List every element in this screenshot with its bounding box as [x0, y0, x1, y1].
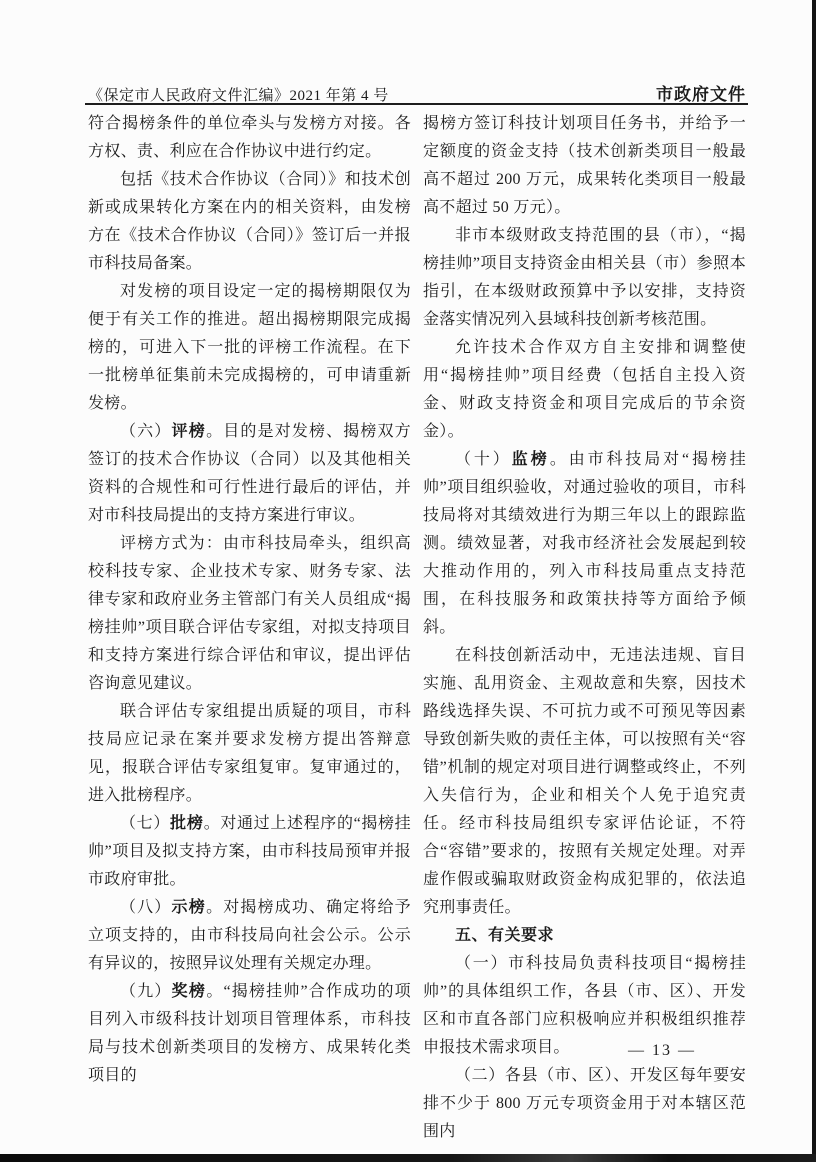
body-text: （六）: [120, 423, 171, 440]
body-text: 在科技创新活动中，无违法违规、盲目实施、乱用资金、主观故意和失察，因技术路线选择…: [423, 647, 746, 916]
paragraph: （六）评榜。目的是对发榜、揭榜双方签订的技术合作协议（合同）以及其他相关资料的合…: [88, 418, 411, 530]
column-right: 揭榜方签订科技计划项目任务书，并给予一定额度的资金支持（技术创新类项目一般最高不…: [423, 110, 746, 1146]
body-text: （二）各县（市、区）、开发区每年要安排不少于 800 万元专项资金用于对本辖区范…: [423, 1067, 746, 1140]
header-document-category: 市政府文件: [656, 80, 746, 105]
paragraph: 对发榜的项目设定一定的揭榜期限仅为便于有关工作的推进。超出揭榜期限完成揭榜的，可…: [88, 278, 411, 418]
body-text: （九）: [120, 983, 172, 1000]
document-page: 《保定市人民政府文件汇编》2021 年第 4 号 市政府文件 符合揭榜条件的单位…: [0, 0, 816, 1162]
paragraph: 符合揭榜条件的单位牵头与发榜方对接。各方权、责、利应在合作协议中进行约定。: [88, 110, 411, 166]
body-text: 对发榜的项目设定一定的揭榜期限仅为便于有关工作的推进。超出揭榜期限完成揭榜的，可…: [88, 283, 411, 412]
paragraph: （十）监榜。由市科技局对“揭榜挂帅”项目组织验收，对通过验收的项目，市科技局将对…: [423, 446, 746, 642]
scan-edge-bottom: [0, 1154, 816, 1162]
body-text: 允许技术合作双方自主安排和调整使用“揭榜挂帅”项目经费（包括自主投入资金、财政支…: [423, 339, 746, 440]
emphasized-text: 示榜: [171, 899, 206, 916]
scan-edge-right: [812, 0, 816, 1162]
body-text: 符合揭榜条件的单位牵头与发榜方对接。各方权、责、利应在合作协议中进行约定。: [88, 115, 411, 160]
document-body: 符合揭榜条件的单位牵头与发榜方对接。各方权、责、利应在合作协议中进行约定。包括《…: [88, 110, 746, 1146]
page-number: — 13 —: [622, 1042, 702, 1060]
body-text: 评榜方式为：由市科技局牵头，组织高校科技专家、企业技术专家、财务专家、法律专家和…: [88, 535, 411, 692]
paragraph: 在科技创新活动中，无违法违规、盲目实施、乱用资金、主观故意和失察，因技术路线选择…: [423, 642, 746, 922]
emphasized-text: 批榜: [170, 815, 204, 832]
body-text: 。由市科技局对“揭榜挂帅”项目组织验收，对通过验收的项目，市科技局将对其绩效进行…: [423, 451, 746, 636]
body-text: （一）市科技局负责科技项目“揭榜挂帅”的具体组织工作，各县（市、区）、开发区和市…: [423, 955, 746, 1056]
paragraph: 揭榜方签订科技计划项目任务书，并给予一定额度的资金支持（技术创新类项目一般最高不…: [423, 110, 746, 222]
paragraph: （九）奖榜。“揭榜挂帅”合作成功的项目列入市级科技计划项目管理体系，市科技局与技…: [88, 978, 411, 1090]
body-text: （七）: [120, 815, 170, 832]
paragraph: 包括《技术合作协议（合同）》和技术创新或成果转化方案在内的相关资料，由发榜方在《…: [88, 166, 411, 278]
header-divider: [85, 103, 748, 105]
emphasized-text: 监榜: [512, 451, 550, 468]
paragraph: 允许技术合作双方自主安排和调整使用“揭榜挂帅”项目经费（包括自主投入资金、财政支…: [423, 334, 746, 446]
paragraph: 评榜方式为：由市科技局牵头，组织高校科技专家、企业技术专家、财务专家、法律专家和…: [88, 530, 411, 698]
header-publication-title: 《保定市人民政府文件汇编》2021 年第 4 号: [88, 84, 389, 105]
body-text: 非市本级财政支持范围的县（市），“揭榜挂帅”项目支持资金由相关县（市）参照本指引…: [423, 227, 746, 328]
paragraph: 五、有关要求: [423, 922, 746, 950]
paragraph: （八）示榜。对揭榜成功、确定将给予立项支持的，由市科技局向社会公示。公示有异议的…: [88, 894, 411, 978]
body-text: 揭榜方签订科技计划项目任务书，并给予一定额度的资金支持（技术创新类项目一般最高不…: [423, 115, 746, 216]
body-text: （八）: [120, 899, 171, 916]
emphasized-text: 五、有关要求: [455, 927, 554, 944]
paragraph: 联合评估专家组提出质疑的项目，市科技局应记录在案并要求发榜方提出答辩意见，报联合…: [88, 698, 411, 810]
paragraph: （二）各县（市、区）、开发区每年要安排不少于 800 万元专项资金用于对本辖区范…: [423, 1062, 746, 1146]
emphasized-text: 奖榜: [172, 983, 207, 1000]
page-header: 《保定市人民政府文件汇编》2021 年第 4 号 市政府文件: [88, 80, 746, 105]
body-text: 包括《技术合作协议（合同）》和技术创新或成果转化方案在内的相关资料，由发榜方在《…: [88, 171, 411, 272]
paragraph: （七）批榜。对通过上述程序的“揭榜挂帅”项目及拟支持方案，由市科技局预审并报市政…: [88, 810, 411, 894]
body-text: 联合评估专家组提出质疑的项目，市科技局应记录在案并要求发榜方提出答辩意见，报联合…: [88, 703, 411, 804]
emphasized-text: 评榜: [171, 423, 206, 440]
column-left: 符合揭榜条件的单位牵头与发榜方对接。各方权、责、利应在合作协议中进行约定。包括《…: [88, 110, 411, 1146]
body-text: （十）: [455, 451, 512, 468]
paragraph: 非市本级财政支持范围的县（市），“揭榜挂帅”项目支持资金由相关县（市）参照本指引…: [423, 222, 746, 334]
